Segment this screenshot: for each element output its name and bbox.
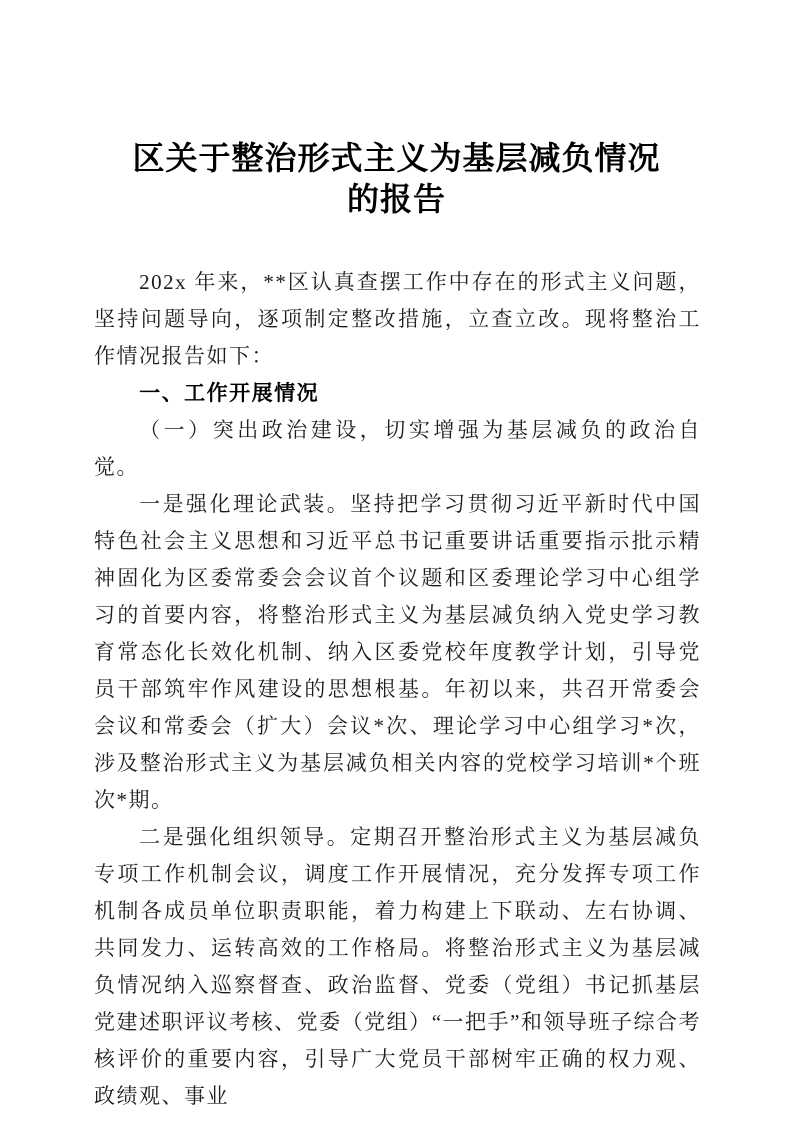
intro-paragraph: 202x 年来，**区认真查摆工作中存在的形式主义问题，坚持问题导向，逐项制定整… (94, 264, 701, 375)
section-1-heading: 一、工作开展情况 (94, 375, 701, 412)
point-1-paragraph: 一是强化理论武装。坚持把学习贯彻习近平新时代中国特色社会主义思想和习近平总书记重… (94, 486, 701, 819)
document-title-line-2: 的报告 (0, 179, 793, 220)
document-page: 区关于整治形式主义为基层减负情况 的报告 202x 年来，**区认真查摆工作中存… (0, 0, 793, 1122)
document-title-line-1: 区关于整治形式主义为基层减负情况 (0, 138, 793, 179)
point-2-paragraph: 二是强化组织领导。定期召开整治形式主义为基层减负专项工作机制会议，调度工作开展情… (94, 819, 701, 1115)
document-body: 202x 年来，**区认真查摆工作中存在的形式主义问题，坚持问题导向，逐项制定整… (0, 264, 793, 1115)
section-1-1-subheading: （一）突出政治建设，切实增强为基层减负的政治自觉。 (94, 412, 701, 486)
document-title: 区关于整治形式主义为基层减负情况 的报告 (0, 0, 793, 220)
